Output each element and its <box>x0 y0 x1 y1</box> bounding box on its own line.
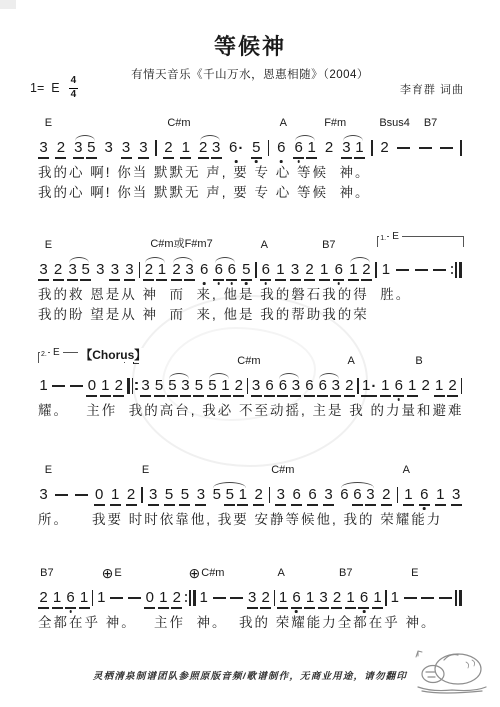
lyric-line: 全都在乎 神。 主作 神。 我的 荣耀能力全都在乎 神。 <box>38 615 462 632</box>
note: 2 <box>198 140 209 156</box>
chord-label: ⊕C#m <box>189 567 225 579</box>
chord-label: A <box>403 464 410 476</box>
note: 1 <box>348 262 359 278</box>
notation-row: 323533321236·56612312 <box>38 135 462 156</box>
note: 2 <box>233 378 244 394</box>
chord-name: C#m <box>167 117 190 129</box>
chord-name: F#m <box>324 117 346 129</box>
lyric-line: 我的盼 望是从 神 而 来, 他是 我的帮助我的荣 <box>38 307 462 324</box>
dash-note <box>396 269 409 271</box>
note: 2 <box>126 487 137 503</box>
note: 0 <box>94 487 105 503</box>
key-note: E <box>51 81 59 95</box>
note: 1· <box>361 378 377 394</box>
chord-row: EC#mAF#mBsus4B7 <box>38 114 462 129</box>
note: 5 <box>80 262 91 278</box>
dash-note <box>70 385 83 387</box>
note: 6 <box>213 262 224 278</box>
note: 3 <box>290 262 301 278</box>
barline <box>268 140 269 156</box>
chord-label: E <box>142 464 149 476</box>
dash-note <box>397 147 410 149</box>
note: 5 <box>154 378 165 394</box>
note: 6 <box>304 378 315 394</box>
note: 5 <box>193 378 204 394</box>
note: 1 <box>156 262 167 278</box>
slur-group: 31 <box>341 140 365 156</box>
barline <box>357 378 358 394</box>
note: 2 <box>331 590 342 606</box>
volta-chord: E <box>50 347 63 358</box>
note: 1 <box>380 262 391 278</box>
note: 3 <box>124 262 135 278</box>
barline <box>375 262 376 278</box>
slur-group: 63 <box>317 378 341 394</box>
notation-row: 301235535512366366321613 <box>38 482 462 503</box>
note: 3 <box>148 487 159 503</box>
note: 2 <box>143 262 154 278</box>
chord-label: E <box>45 239 52 251</box>
note: 6 <box>226 262 237 278</box>
note: 1 <box>306 140 317 156</box>
note: 3 <box>38 140 49 156</box>
note: 6 <box>199 262 210 278</box>
note: 3 <box>323 487 334 503</box>
music-system-3: EC#mAB2.E【Chorus】101235535512366366321·1… <box>38 352 462 420</box>
slur-group: 35 <box>73 140 97 156</box>
chord-name: E <box>114 567 121 579</box>
note: 1 <box>403 487 414 503</box>
note: 5 <box>164 487 175 503</box>
dash-note <box>55 494 68 496</box>
note: 6 <box>333 262 344 278</box>
note: 1 <box>96 590 107 606</box>
chord-label: B7 <box>322 239 335 251</box>
chord-name: A <box>261 239 268 251</box>
note: 3 <box>251 378 262 394</box>
note: 1 <box>389 590 400 606</box>
note: 1 <box>158 590 169 606</box>
note: 3 <box>195 487 206 503</box>
note: 2 <box>361 262 372 278</box>
note: 6 <box>293 140 304 156</box>
chord-name: E <box>45 239 52 251</box>
chord-name: A <box>278 567 285 579</box>
dash-note <box>230 597 243 599</box>
barline <box>274 590 275 606</box>
slur-group: 23 <box>198 140 222 156</box>
note: 3 <box>275 487 286 503</box>
chorus-label: 【Chorus】 <box>78 348 148 362</box>
note: 2 <box>163 140 174 156</box>
note: 3 <box>138 140 149 156</box>
lyric-line: 我的心 啊! 你当 默默无 声, 要 专 心 等候 神。 <box>38 185 462 202</box>
chord-label: E <box>411 567 418 579</box>
note: 3 <box>38 487 49 503</box>
note: 1 <box>277 590 288 606</box>
note: 1 <box>435 487 446 503</box>
note: 2 <box>38 590 49 606</box>
chord-name: E <box>45 117 52 129</box>
dash-note <box>110 597 123 599</box>
note: 1 <box>180 140 191 156</box>
note: 5 <box>211 487 222 503</box>
lyric-line: 我的救 恩是从 神 而 来, 他是 我的磐石我的得 胜。 <box>38 287 462 304</box>
note: 3 <box>121 140 132 156</box>
chord-name: E <box>45 464 52 476</box>
chord-name: C#m或F#m7 <box>150 235 212 251</box>
note: 6· <box>228 140 244 156</box>
note: 3 <box>318 590 329 606</box>
note: 1 <box>110 487 121 503</box>
augmentation-dot: · <box>238 141 243 156</box>
lyric-line: 耀。 主作 我的高台, 我必 不至动摇, 主是 我 的力量和避难 <box>38 403 462 420</box>
sleeping-lamb-doodle-icon <box>408 642 494 700</box>
volta-number: 1. <box>379 235 387 242</box>
slur-group: 53 <box>167 378 191 394</box>
volta-chord: E <box>389 231 402 242</box>
note: 2 <box>171 262 182 278</box>
note: 6 <box>291 590 302 606</box>
time-denominator: 4 <box>71 89 77 101</box>
chord-label: F#m <box>324 117 346 129</box>
note: 3 <box>341 140 352 156</box>
slur-group: 66 <box>213 262 237 278</box>
slur-group: 12 <box>348 262 372 278</box>
barline <box>460 140 461 156</box>
chord-label: A <box>278 567 285 579</box>
note: 0 <box>144 590 155 606</box>
slur-group: 551 <box>211 487 248 503</box>
barline <box>255 262 256 278</box>
lyric-line: 我的心 啊! 你当 默默无 声, 要 专 心 等候 神。 <box>38 165 462 182</box>
chord-name: A <box>403 464 410 476</box>
volta-bracket: 1.E <box>377 236 464 247</box>
chord-label: B <box>415 355 422 367</box>
note: 1 <box>52 590 63 606</box>
note: 5 <box>224 487 235 503</box>
coda-icon: ⊕ <box>102 568 114 579</box>
note: 3 <box>180 378 191 394</box>
note: 5 <box>241 262 252 278</box>
note: 2 <box>171 590 182 606</box>
chord-label: E <box>45 464 52 476</box>
note: 1 <box>345 590 356 606</box>
note: 3 <box>140 378 151 394</box>
note: 5 <box>207 378 218 394</box>
barline <box>371 140 372 156</box>
dash-note <box>213 597 226 599</box>
scan-artifact <box>0 0 16 9</box>
note: 2 <box>113 378 124 394</box>
chord-label: C#m <box>271 464 294 476</box>
note: 1 <box>407 378 418 394</box>
note: 3 <box>67 262 78 278</box>
note: 1 <box>79 590 90 606</box>
note: 1 <box>237 487 248 503</box>
slur-group: 61 <box>293 140 317 156</box>
note: 6 <box>352 487 363 503</box>
music-system-5: B7⊕E⊕C#mAB7E21611012132161321611全都在乎 神。 … <box>38 564 462 632</box>
note: 3 <box>290 378 301 394</box>
barline <box>141 487 142 503</box>
chord-label: C#m或F#m7 <box>150 235 212 251</box>
barline <box>139 262 140 278</box>
note: 2 <box>344 378 355 394</box>
barline <box>247 378 248 394</box>
note: 6 <box>277 378 288 394</box>
coda-icon: ⊕ <box>189 568 201 579</box>
repeat-dots <box>185 594 188 603</box>
chord-label: B7 <box>424 117 437 129</box>
repeat-end-sign <box>185 590 196 606</box>
slur-group: 51 <box>207 378 231 394</box>
repeat-dots <box>135 382 138 391</box>
note: 5 <box>167 378 178 394</box>
chord-label: C#m <box>167 117 190 129</box>
lyric-line: 所。 我要 时时依靠他, 我要 安静等候他, 我的 荣耀能力 <box>38 512 462 529</box>
note: 3 <box>103 140 114 156</box>
barline <box>269 487 270 503</box>
chord-name: B7 <box>339 567 352 579</box>
repeat-end-sign <box>451 262 462 278</box>
chord-name: C#m <box>237 355 260 367</box>
note: 5 <box>179 487 190 503</box>
notation-row: 101235535512366366321·161212 <box>38 373 462 394</box>
dash-note <box>421 597 434 599</box>
note: 1 <box>100 378 111 394</box>
chord-label: C#m <box>237 355 260 367</box>
note: 1 <box>304 590 315 606</box>
chord-name: B7 <box>424 117 437 129</box>
barline <box>385 590 386 606</box>
barline <box>397 487 398 503</box>
note: 3 <box>211 140 222 156</box>
slur-group: 35 <box>67 262 91 278</box>
augmentation-dot: · <box>371 379 376 394</box>
note: 3 <box>451 487 462 503</box>
note: 6 <box>307 487 318 503</box>
chord-name: A <box>280 117 287 129</box>
slur-group: 23 <box>171 262 195 278</box>
note: 3 <box>38 262 49 278</box>
barline <box>92 590 93 606</box>
slur-group: 21 <box>143 262 167 278</box>
note: 3 <box>365 487 376 503</box>
note: 2 <box>324 140 335 156</box>
note: 6 <box>339 487 350 503</box>
chord-row: EC#m或F#m7AB71.E <box>38 236 462 251</box>
note: 1 <box>380 378 391 394</box>
note: 6 <box>65 590 76 606</box>
note: 6 <box>358 590 369 606</box>
note: 5 <box>86 140 97 156</box>
music-system-2: EC#m或F#m7AB71.E323533321236665613216121我… <box>38 236 462 324</box>
note: 1 <box>319 262 330 278</box>
note: 2 <box>447 378 458 394</box>
music-system-4: EEC#mA301235535512366366321613所。 我要 时时依靠… <box>38 461 462 529</box>
dash-note <box>419 147 432 149</box>
note: 2 <box>53 262 64 278</box>
note: 3 <box>330 378 341 394</box>
time-numerator: 4 <box>69 76 79 89</box>
note: 3 <box>73 140 84 156</box>
note: 1 <box>354 140 365 156</box>
dash-note <box>75 494 88 496</box>
notation-row: 21611012132161321611 <box>38 585 462 606</box>
note: 1 <box>220 378 231 394</box>
chord-label: A <box>348 355 355 367</box>
note: 1 <box>434 378 445 394</box>
dash-note <box>415 269 428 271</box>
note: 6 <box>260 262 271 278</box>
note: 2 <box>381 487 392 503</box>
note: 6 <box>264 378 275 394</box>
note: 1 <box>38 378 49 394</box>
composer-credit: 李育群 词曲 <box>400 81 464 97</box>
final-barline <box>455 590 461 606</box>
note: 3 <box>184 262 195 278</box>
note: 2 <box>260 590 271 606</box>
sheet-music-page: 等候神 有情天音乐《千山万水，恩惠相随》（2004） 1= E 4 4 李育群 … <box>0 0 500 707</box>
slur-group: 663 <box>339 487 376 503</box>
dash-note <box>128 597 141 599</box>
chord-name: Bsus4 <box>379 117 410 129</box>
chord-name: B <box>415 355 422 367</box>
time-signature: 4 4 <box>69 76 79 100</box>
key-signature: 1= E 4 4 <box>30 76 78 100</box>
note: 2 <box>253 487 264 503</box>
dash-note <box>52 385 65 387</box>
volta-number: 2. <box>40 351 48 358</box>
music-system-1: EC#mAF#mBsus4B7323533321236·56612312我的心 … <box>38 114 462 202</box>
note: 3 <box>95 262 106 278</box>
dash-note <box>404 597 417 599</box>
slur-group: 63 <box>277 378 301 394</box>
chord-row: EC#mAB2.E【Chorus】 <box>38 352 462 367</box>
barline <box>461 378 462 394</box>
dash-note <box>440 147 453 149</box>
note: 3 <box>247 590 258 606</box>
chord-label: B7 <box>339 567 352 579</box>
chord-name: B7 <box>322 239 335 251</box>
chord-name: E <box>142 464 149 476</box>
chord-label: B7 <box>40 567 53 579</box>
note: 6 <box>317 378 328 394</box>
note: 6 <box>419 487 430 503</box>
chord-label: A <box>261 239 268 251</box>
note: 2 <box>55 140 66 156</box>
chord-label: A <box>280 117 287 129</box>
note: 6 <box>393 378 404 394</box>
chord-name: B7 <box>40 567 53 579</box>
note: 2 <box>304 262 315 278</box>
chord-label: ⊕E <box>102 567 122 579</box>
song-title: 等候神 <box>0 30 500 61</box>
note: 2 <box>420 378 431 394</box>
chord-row: EEC#mA <box>38 461 462 476</box>
dash-note <box>439 597 452 599</box>
note: 5 <box>251 140 262 156</box>
chord-name: C#m <box>271 464 294 476</box>
key-prefix: 1= <box>30 81 44 95</box>
chord-row: B7⊕E⊕C#mAB7E <box>38 564 462 579</box>
notation-row: 323533321236665613216121 <box>38 257 462 278</box>
note: 1 <box>372 590 383 606</box>
repeat-start-sign <box>127 378 138 394</box>
note: 2 <box>379 140 390 156</box>
note: 1 <box>198 590 209 606</box>
chord-label: Bsus4 <box>379 117 410 129</box>
chord-name: C#m <box>201 567 224 579</box>
chord-label: E <box>45 117 52 129</box>
chord-name: A <box>348 355 355 367</box>
note: 0 <box>86 378 97 394</box>
note: 3 <box>109 262 120 278</box>
barline <box>155 140 156 156</box>
note: 6 <box>276 140 287 156</box>
repeat-dots <box>451 266 454 275</box>
dash-note <box>433 269 446 271</box>
note: 6 <box>291 487 302 503</box>
chord-name: E <box>411 567 418 579</box>
note: 1 <box>275 262 286 278</box>
